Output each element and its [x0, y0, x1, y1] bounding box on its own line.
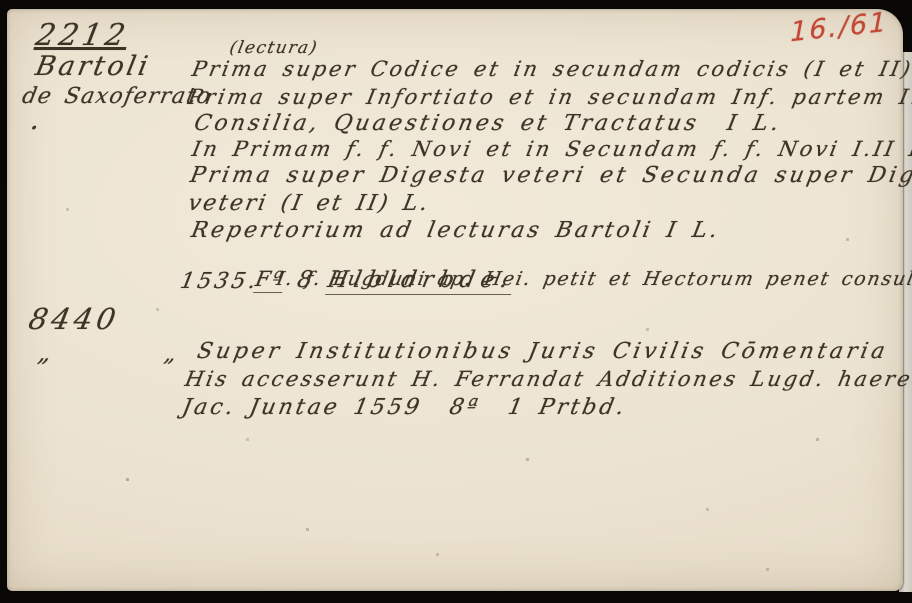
entry2-number: 8440 [26, 304, 122, 336]
entry1-author: Bartoli [33, 52, 153, 82]
entry1-title-line: In Primam f. f. Novi et in Secundam f. f… [190, 138, 912, 161]
entry1-title-line: Prima super Digesta veteri et Secunda su… [188, 164, 912, 188]
entry1-author-line2: de Saxoferrato [20, 85, 214, 109]
entry2-ditto-margin: „ [36, 340, 56, 366]
entry1-title-line: Prima super Infortiato et in secundam In… [186, 86, 912, 109]
entry1-title-line: veteri (I et II) L. [186, 192, 432, 216]
entry1-margin-dot: . [28, 105, 45, 136]
entry1-title-line: Prima super Codice et in secundam codici… [190, 58, 912, 81]
paper-speckles [7, 9, 8, 10]
photo-background: 16./61 2212 Bartoli de Saxoferrato . (le… [0, 0, 912, 603]
entry1-interlinear-note: (lectura) [228, 39, 319, 58]
catalog-card: 16./61 2212 Bartoli de Saxoferrato . (le… [7, 9, 903, 591]
entry1-title-line: Consilia, Quaestiones et Tractatus I L. [192, 112, 784, 136]
entry2-title-line: His accesserunt H. Ferrandat Additiones … [183, 368, 912, 391]
entry2-ditto-inline: „ [162, 343, 180, 367]
entry2-imprint-line: Jac. Juntae 1559 8ª 1 Prtbd. [180, 396, 629, 420]
imprint-date: 1535. [178, 270, 261, 294]
entry2-title-line: Super Institutionibus Juris Civilis Cōme… [195, 340, 890, 364]
imprint-binding: Hlbldrbde. [325, 268, 516, 295]
entry1-title-line: Repertorium ad lecturas Bartoli I L. [189, 219, 722, 243]
entry1-number: 2212 [33, 19, 132, 52]
corner-shelfmark: 16./61 [790, 7, 888, 48]
imprint-format: Fª [253, 268, 287, 293]
